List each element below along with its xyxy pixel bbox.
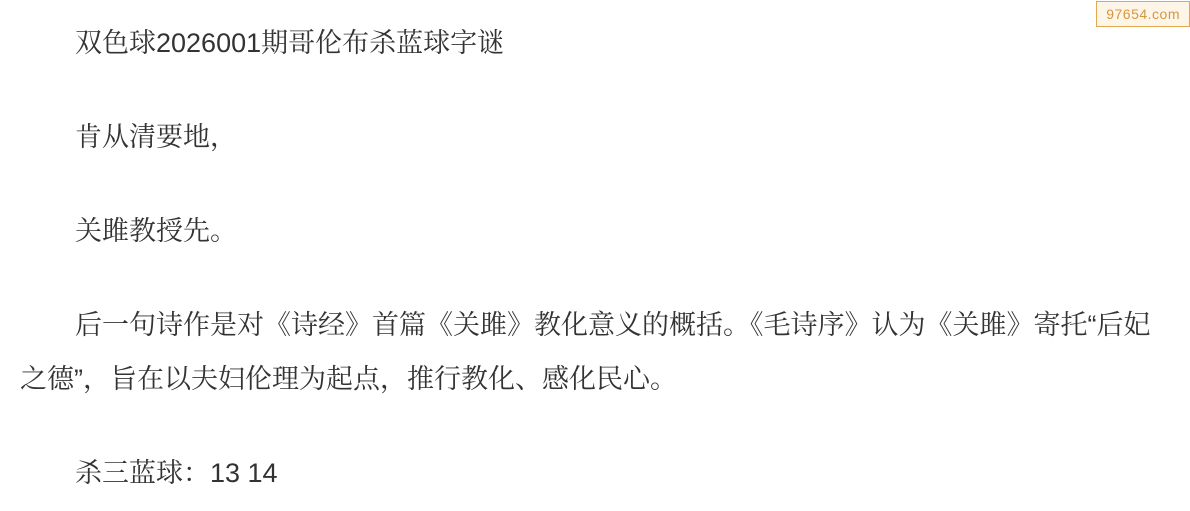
riddle-line-1: 肯从清要地， — [20, 110, 1165, 164]
kill-blue-result: 杀三蓝球：13 14 — [20, 446, 1165, 500]
kill-blue-label: 杀三蓝球： — [75, 458, 210, 488]
riddle-line-2: 关雎教授先。 — [20, 204, 1165, 258]
article-title: 双色球2026001期哥伦布杀蓝球字谜 — [20, 16, 1165, 70]
analysis-paragraph: 后一句诗作是对《诗经》首篇《关雎》教化意义的概括。《毛诗序》认为《关雎》寄托“后… — [20, 298, 1165, 406]
kill-blue-numbers: 13 14 — [210, 458, 278, 488]
article-body: 双色球2026001期哥伦布杀蓝球字谜 肯从清要地， 关雎教授先。 后一句诗作是… — [0, 0, 1190, 500]
